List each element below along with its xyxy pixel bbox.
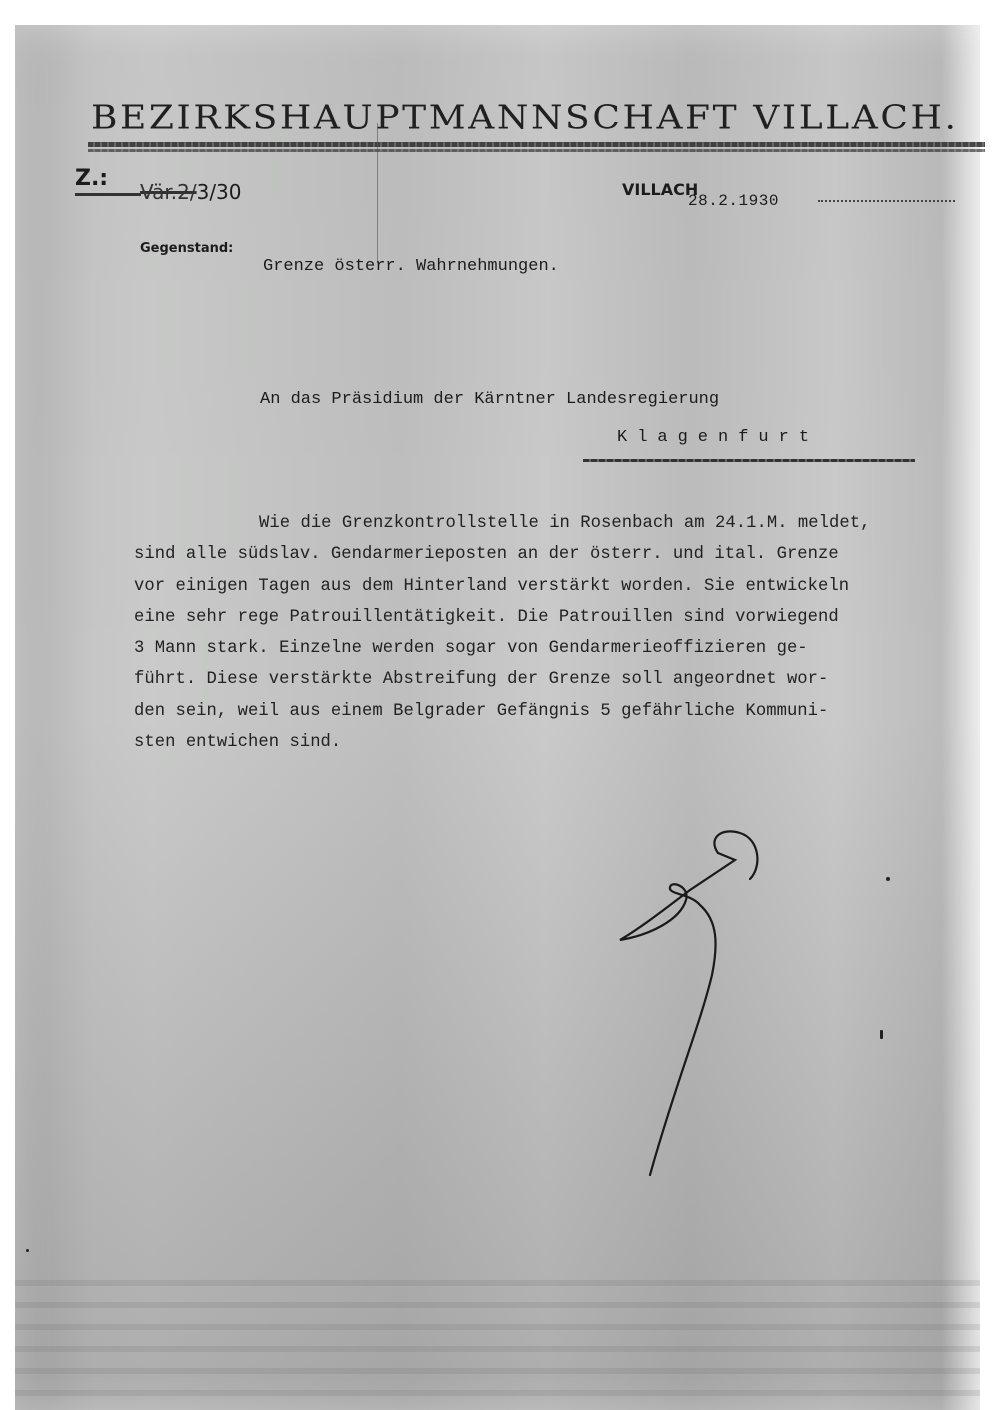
reference-number: Vär.2/3/30 (140, 180, 242, 204)
letter-body: Wie die Grenzkontrollstelle in Rosenbach… (134, 508, 871, 758)
scan-speck (26, 1249, 29, 1252)
body-line: den sein, weil aus einem Belgrader Gefän… (134, 696, 871, 727)
reference-label: Z.: (75, 166, 108, 191)
addressee-line: An das Präsidium der Kärntner Landesregi… (260, 390, 719, 409)
letterhead-rule (88, 142, 985, 147)
place-name: VILLACH (622, 180, 698, 199)
scan-speck (880, 1030, 883, 1039)
body-line: führt. Diese verstärkte Abstreifung der … (134, 664, 871, 695)
date-dotted-line (818, 200, 955, 202)
subject-label: Gegenstand: (140, 241, 233, 256)
scan-speck (886, 877, 890, 881)
handwritten-signature-icon (600, 815, 760, 1190)
body-line: sten entwichen sind. (134, 727, 871, 758)
reference-underline (75, 193, 141, 196)
subject-text: Grenze österr. Wahrnehmungen. (263, 257, 559, 276)
fold-mark (377, 123, 378, 263)
body-line: Wie die Grenzkontrollstelle in Rosenbach… (134, 508, 871, 539)
body-line: sind alle südslav. Gendarmerieposten an … (134, 539, 871, 570)
document-date: 28.2.1930 (688, 192, 779, 210)
addressee-underline (583, 459, 915, 462)
body-line: 3 Mann stark. Einzelne werden sogar von … (134, 633, 871, 664)
addressee-city: Klagenfurt (617, 428, 819, 447)
body-line: vor einigen Tagen aus dem Hinterland ver… (134, 571, 871, 602)
reference-struck-prefix: Vär.2/ (140, 180, 197, 204)
letterhead-rule-secondary (88, 149, 985, 152)
body-line: eine sehr rege Patrouillentätigkeit. Die… (134, 602, 871, 633)
letterhead-title: BEZIRKSHAUPTMANNSCHAFT VILLACH. (91, 99, 959, 137)
reference-value: 3/30 (197, 180, 242, 204)
